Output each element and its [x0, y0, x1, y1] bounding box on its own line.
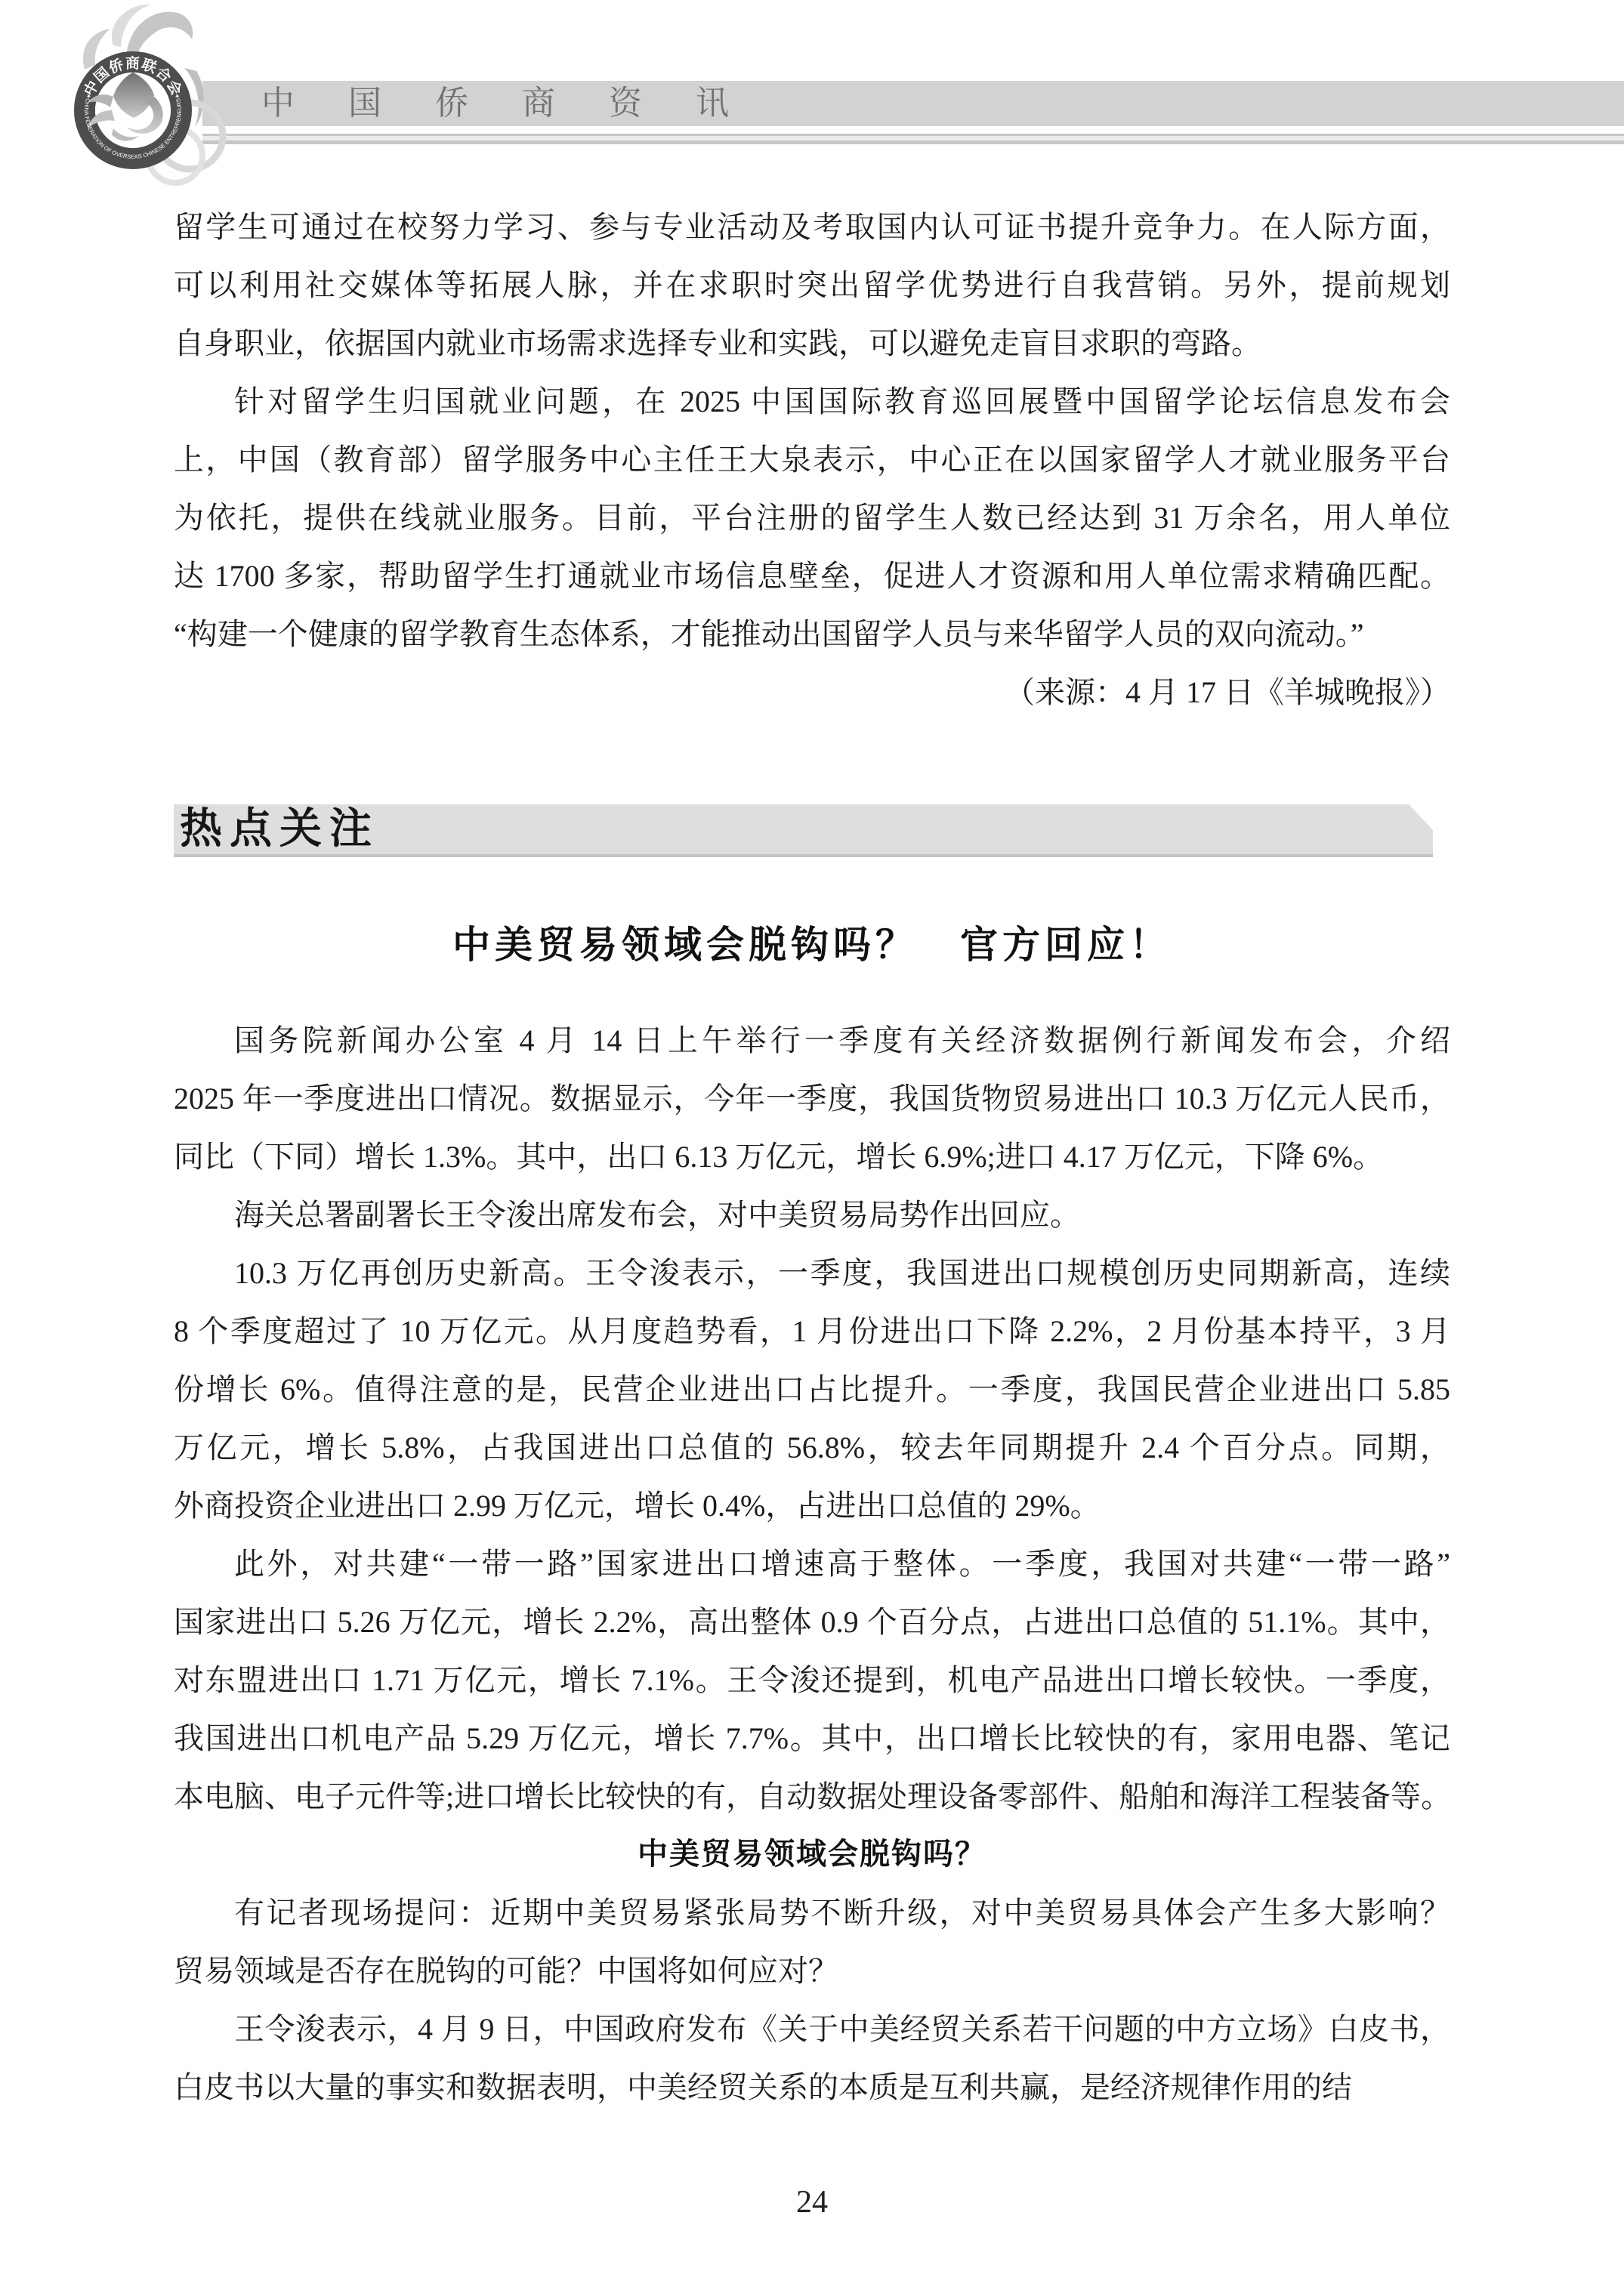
magazine-page: 中国侨商资讯 — [0, 0, 1624, 2293]
paragraph: 海关总署副署长王令浚出席发布会，对中美贸易局势作出回应。 — [174, 1186, 1450, 1244]
sub-heading: 中美贸易领域会脱钩吗？ — [174, 1825, 1450, 1884]
masthead-title: 中国侨商资讯 — [202, 81, 1624, 126]
body-line: 我国进出口机电产品 5.29 万亿元，增长 7.7%。其中，出口增长比较快的有，… — [174, 1709, 1450, 1767]
seal-ring — [85, 62, 181, 159]
masthead-bar: 中国侨商资讯 — [202, 81, 1624, 126]
body-line: 同比（下同）增长 1.3%。其中，出口 6.13 万亿元，增长 6.9%;进口 … — [174, 1128, 1450, 1186]
paragraph: 针对留学生归国就业问题，在 2025 中国国际教育巡回展暨中国留学论坛信息发布会… — [174, 372, 1450, 663]
body-line: 此外，对共建“一带一路”国家进出口增速高于整体。一季度，我国对共建“一带一路” — [174, 1535, 1450, 1593]
seal-text-en: ★CHINA FEDERATION OF OVERSEAS CHINESE EN… — [83, 92, 183, 160]
body-line: 份增长 6%。值得注意的是，民营企业进出口占比提升。一季度，我国民营企业进出口 … — [174, 1360, 1450, 1418]
body-line: 为依托，提供在线就业服务。目前，平台注册的留学生人数已经达到 31 万余名，用人… — [174, 489, 1450, 547]
article-body: 留学生可通过在校努力学习、参与专业活动及考取国内认可证书提升竞争力。在人际方面，… — [174, 198, 1450, 2116]
page-number: 24 — [0, 2180, 1624, 2225]
body-line: 针对留学生归国就业问题，在 2025 中国国际教育巡回展暨中国留学论坛信息发布会 — [174, 372, 1450, 431]
seal-inner-disc — [95, 73, 171, 148]
body-line: 贸易领域是否存在脱钩的可能？中国将如何应对？ — [174, 1942, 1450, 2000]
body-line: 白皮书以大量的事实和数据表明，中美经贸关系的本质是互利共赢，是经济规律作用的结 — [174, 2058, 1450, 2116]
body-line: 万亿元，增长 5.8%，占我国进出口总值的 56.8%，较去年同期提升 2.4 … — [174, 1418, 1450, 1477]
body-line: 上，中国（教育部）留学服务中心主任王大泉表示，中心正在以国家留学人才就业服务平台 — [174, 431, 1450, 489]
body-line: 国家进出口 5.26 万亿元，增长 2.2%，高出整体 0.9 个百分点，占进出… — [174, 1593, 1450, 1651]
swirl-shape — [83, 5, 204, 127]
body-line: “构建一个健康的留学教育生态体系，才能推动出国留学人员与来华留学人员的双向流动。… — [174, 605, 1450, 663]
seal-text-cn: 中国侨商联合会 — [80, 54, 186, 99]
emblem-shape — [88, 73, 163, 141]
body-line: 可以利用社交媒体等拓展人脉，并在求职时突出留学优势进行自我营销。另外，提前规划 — [174, 256, 1450, 314]
paragraph: 此外，对共建“一带一路”国家进出口增速高于整体。一季度，我国对共建“一带一路”国… — [174, 1535, 1450, 1825]
paragraph: 王令浚表示，4 月 9 日，中国政府发布《关于中美经贸关系若干问题的中方立场》白… — [174, 2000, 1450, 2116]
paragraph: 国务院新闻办公室 4 月 14 日上午举行一季度有关经济数据例行新闻发布会，介绍… — [174, 1011, 1450, 1186]
body-line: 2025 年一季度进出口情况。数据显示，今年一季度，我国货物贸易进出口 10.3… — [174, 1069, 1450, 1128]
body-line: 海关总署副署长王令浚出席发布会，对中美贸易局势作出回应。 — [174, 1186, 1450, 1244]
body-line: 10.3 万亿再创历史新高。王令浚表示，一季度，我国进出口规模创历史同期新高，连… — [174, 1244, 1450, 1302]
body-line: 8 个季度超过了 10 万亿元。从月度趋势看，1 月份进出口下降 2.2%，2 … — [174, 1302, 1450, 1360]
body-line: 王令浚表示，4 月 9 日，中国政府发布《关于中美经贸关系若干问题的中方立场》白… — [174, 2000, 1450, 2058]
body-line: 本电脑、电子元件等;进口增长比较快的有，自动数据处理设备零部件、船舶和海洋工程装… — [174, 1767, 1450, 1825]
article-title: 中美贸易领域会脱钩吗？ 官方回应！ — [174, 923, 1450, 967]
body-line: 外商投资企业进出口 2.99 万亿元，增长 0.4%，占进出口总值的 29%。 — [174, 1477, 1450, 1535]
body-line: 留学生可通过在校努力学习、参与专业活动及考取国内认可证书提升竞争力。在人际方面， — [174, 198, 1450, 256]
paragraph: 有记者现场提问：近期中美贸易紧张局势不断升级，对中美贸易具体会产生多大影响？贸易… — [174, 1884, 1450, 2000]
body-line: 达 1700 多家，帮助留学生打通就业市场信息壁垒，促进人才资源和用人单位需求精… — [174, 547, 1450, 605]
section-banner: 热点关注 — [174, 804, 1433, 857]
paragraph: 10.3 万亿再创历史新高。王令浚表示，一季度，我国进出口规模创历史同期新高，连… — [174, 1244, 1450, 1535]
source-line: （来源：4 月 17 日《羊城晚报》） — [174, 663, 1450, 721]
body-line: 国务院新闻办公室 4 月 14 日上午举行一季度有关经济数据例行新闻发布会，介绍 — [174, 1011, 1450, 1069]
paragraph: 留学生可通过在校努力学习、参与专业活动及考取国内认可证书提升竞争力。在人际方面，… — [174, 198, 1450, 372]
body-line: 自身职业，依据国内就业市场需求选择专业和实践，可以避免走盲目求职的弯路。 — [174, 314, 1450, 372]
body-line: 对东盟进出口 1.71 万亿元，增长 7.1%。王令浚还提到，机电产品进出口增长… — [174, 1651, 1450, 1709]
body-line: 有记者现场提问：近期中美贸易紧张局势不断升级，对中美贸易具体会产生多大影响？ — [174, 1884, 1450, 1942]
masthead-rule — [202, 134, 1624, 144]
